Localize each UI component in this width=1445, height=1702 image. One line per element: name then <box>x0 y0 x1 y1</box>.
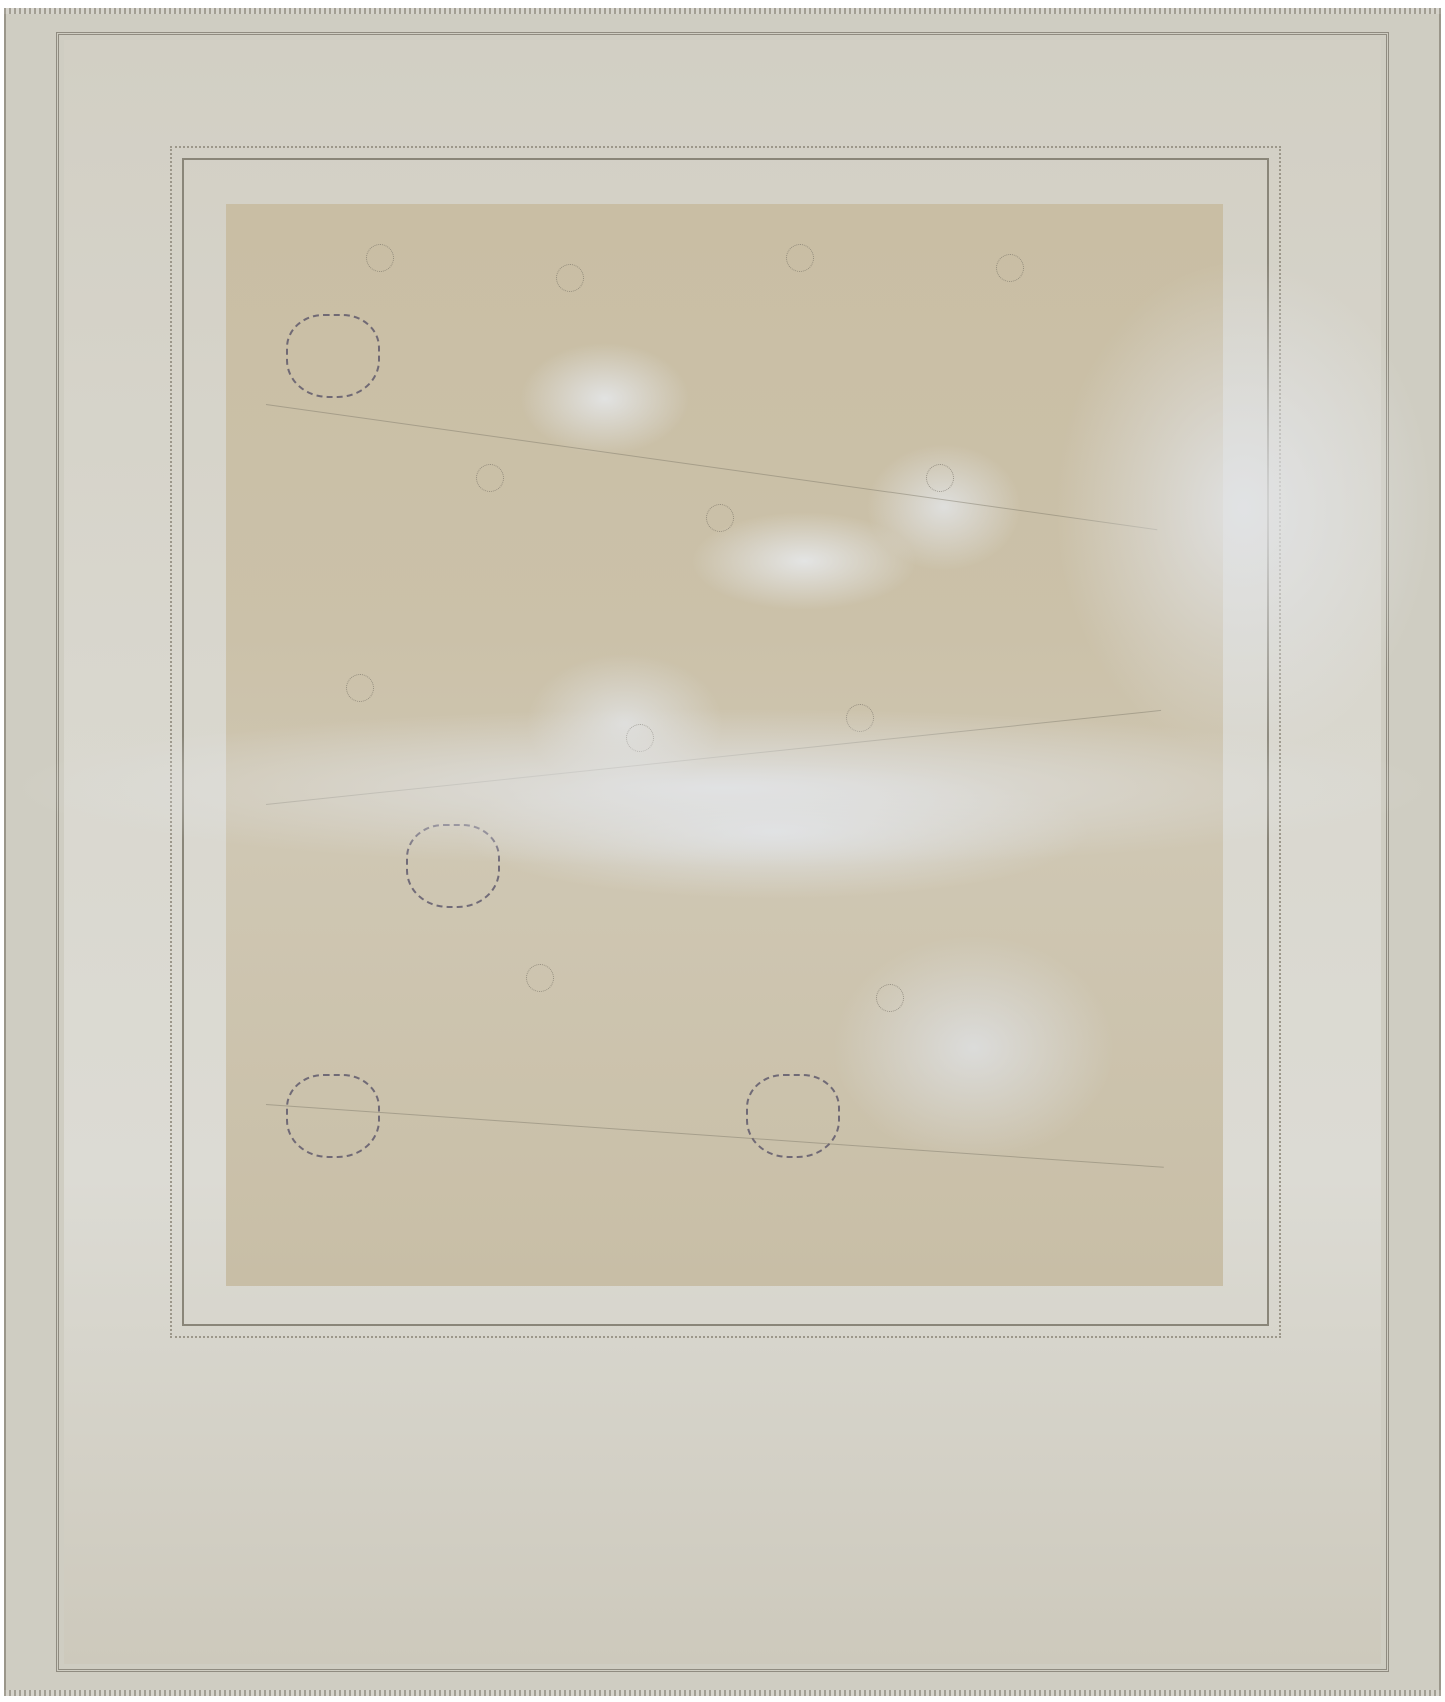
rosette-motif <box>876 984 904 1012</box>
lattice-line <box>266 1104 1164 1168</box>
medallion-motif <box>286 1074 380 1158</box>
rosette-motif <box>996 254 1024 282</box>
rosette-motif <box>346 674 374 702</box>
rosette-motif <box>926 464 954 492</box>
medallion-motif <box>746 1074 840 1158</box>
rosette-motif <box>706 504 734 532</box>
medallion-motif <box>286 314 380 398</box>
worn-area <box>1054 258 1434 758</box>
rosette-motif <box>786 244 814 272</box>
rosette-motif <box>556 264 584 292</box>
bottom-fringe <box>4 1690 1441 1696</box>
top-fringe <box>4 8 1441 14</box>
rosette-motif <box>476 464 504 492</box>
rosette-motif <box>366 244 394 272</box>
rosette-motif <box>526 964 554 992</box>
rug-photo <box>4 8 1441 1696</box>
